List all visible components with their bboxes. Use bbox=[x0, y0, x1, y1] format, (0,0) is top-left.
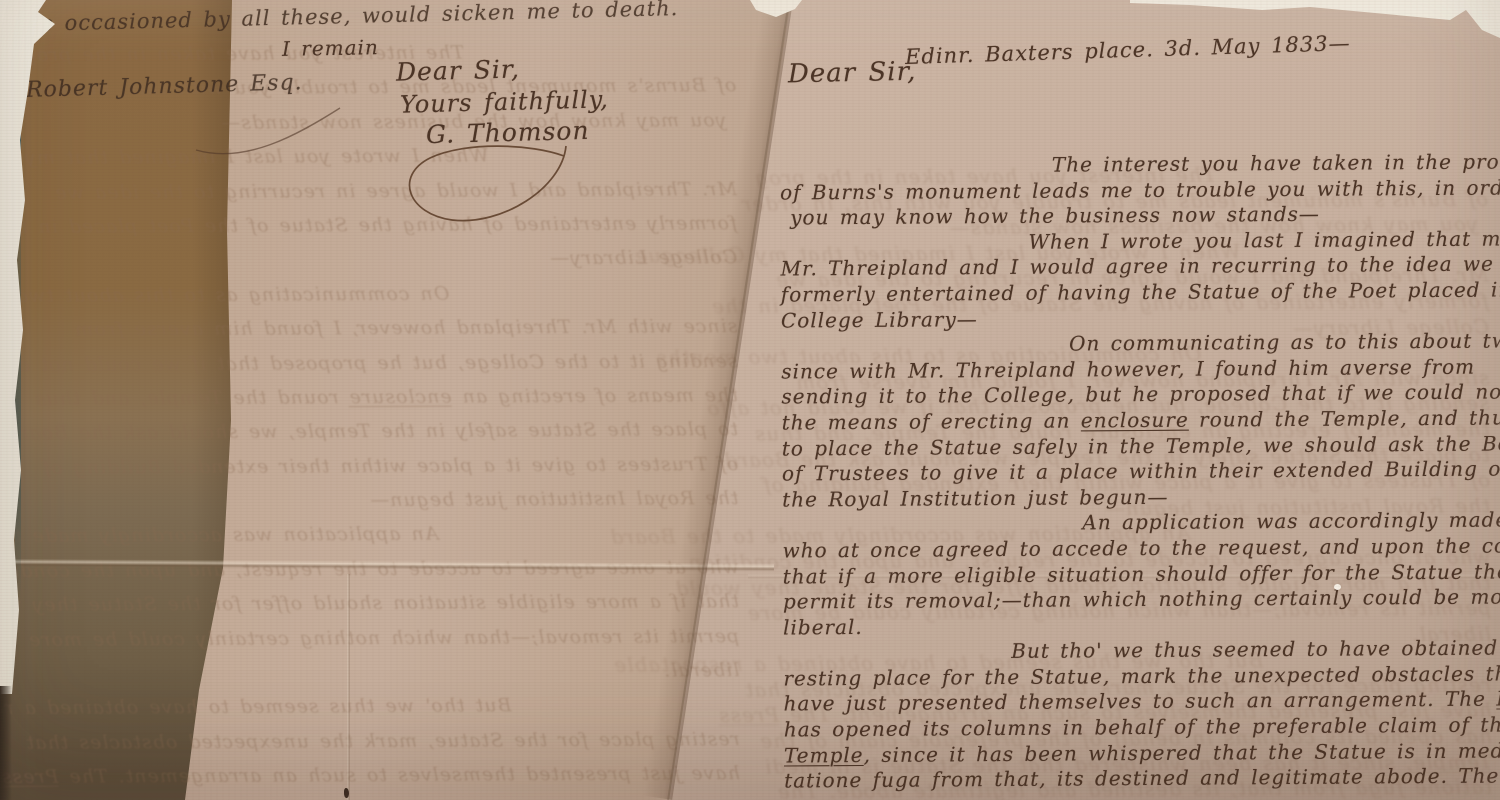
letter-line: formerly entertained of having the Statu… bbox=[781, 277, 1500, 308]
letter-line: permit its removal;—than which nothing c… bbox=[27, 619, 739, 657]
letter-line: On communicating as to this about two mo… bbox=[25, 275, 737, 313]
letter-line: the means of erecting an enclosure round… bbox=[26, 378, 738, 416]
letter-line: resting place for the Statue, mark the u… bbox=[28, 722, 740, 760]
address-flourish bbox=[190, 100, 350, 162]
ink-blot bbox=[344, 788, 349, 798]
letter-line: sending it to the College, but he propos… bbox=[26, 344, 738, 382]
closing-remain: I remain bbox=[282, 35, 379, 61]
letter-line: of Trustees to give it a place within th… bbox=[26, 447, 738, 485]
letter-line: permit its removal;—than which nothing c… bbox=[783, 585, 1500, 616]
letter-line: to place the Statue safely in the Temple… bbox=[26, 412, 738, 450]
signature-flourish bbox=[380, 132, 590, 244]
closing-yours-faithfully: Yours faithfully, bbox=[400, 85, 609, 118]
letter-line: that if a more eligible situation should… bbox=[27, 584, 739, 622]
closing-dear-sir: Dear Sir, bbox=[396, 54, 521, 86]
letter-line: the Royal Institution just begun— bbox=[26, 481, 738, 519]
bottom-left-edge bbox=[0, 686, 12, 800]
letter-line: The interest you have taken in the prog bbox=[24, 34, 736, 72]
letter-line: have just presented themselves to such a… bbox=[28, 756, 740, 794]
vertical-crease bbox=[347, 574, 350, 800]
letter-line: tatione fuga from that, its destined and… bbox=[784, 764, 1500, 795]
letter-line: since with Mr. Threipland however, I fou… bbox=[25, 309, 737, 347]
paper-fleck bbox=[1334, 584, 1341, 590]
letter-line: College Library— bbox=[25, 240, 737, 278]
salutation: Dear Sir, bbox=[788, 57, 917, 90]
letter-scan: The interest you have taken in the progo… bbox=[0, 0, 1500, 800]
letter-line: of Trustees to give it a place within th… bbox=[782, 457, 1500, 488]
letter-line: of Burns's monument leads me to trouble … bbox=[780, 175, 1500, 206]
right-page-text: The interest you have taken in the progo… bbox=[780, 149, 1500, 794]
letter-line: But tho' we thus seemed to have obtained… bbox=[27, 688, 739, 726]
